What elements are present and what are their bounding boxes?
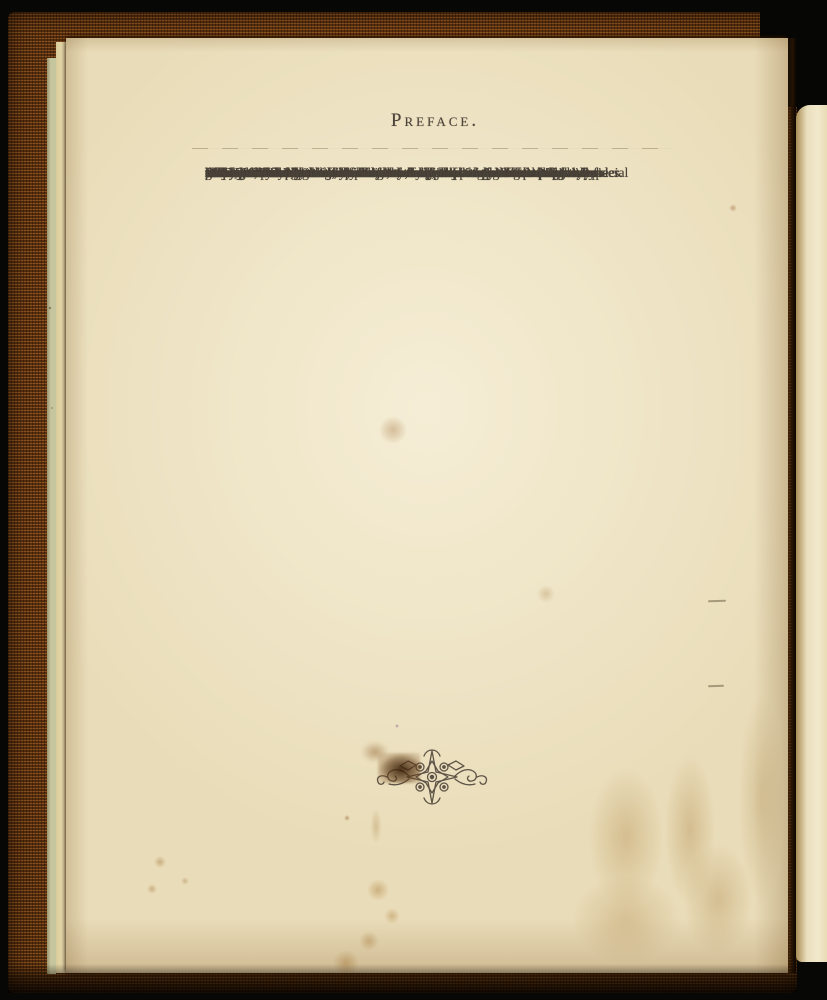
- endpaper-edge: [47, 58, 56, 974]
- book-scan: Preface. and my Lady Wind, are real and …: [0, 0, 827, 1000]
- text-segment: Rhymes.: [205, 160, 254, 187]
- margin-mark: [708, 685, 724, 688]
- text-segment: present volume to be considered a compen…: [205, 160, 591, 187]
- book-page: Preface. and my Lady Wind, are real and …: [66, 38, 788, 973]
- margin-mark: [708, 600, 726, 603]
- next-page-edge: [796, 105, 827, 962]
- page-heading: Preface.: [205, 110, 665, 132]
- heading-rule: [192, 148, 672, 149]
- bottom-shadow: [8, 964, 797, 993]
- ink-stain-halo: [362, 742, 388, 762]
- page-gap-shadow: [788, 38, 796, 973]
